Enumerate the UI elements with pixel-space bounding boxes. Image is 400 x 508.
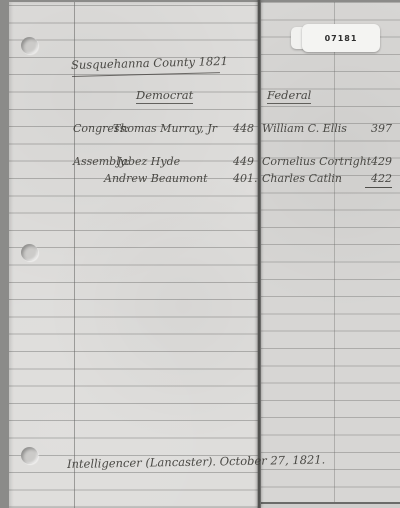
federal-candidate: Cornelius Cortright bbox=[262, 155, 371, 169]
column-heading-democrat: Democrat bbox=[136, 88, 193, 104]
right-margin-rule bbox=[334, 2, 335, 502]
democrat-votes: 401. bbox=[233, 172, 258, 186]
democrat-candidate: Thomas Murray, Jr bbox=[113, 122, 217, 136]
punch-hole-middle bbox=[21, 244, 38, 261]
page-fold-crease bbox=[257, 0, 261, 508]
result-row-congress: Congress: Thomas Murray, Jr 448 William … bbox=[73, 122, 395, 138]
democrat-candidate: Jabez Hyde bbox=[117, 155, 180, 169]
catalog-label: 07181 bbox=[291, 24, 380, 52]
result-row-assembly-1: Assembly: Jabez Hyde 449 Cornelius Cortr… bbox=[73, 155, 395, 171]
right-sheet-bottom-edge bbox=[261, 502, 400, 504]
ruled-paper-left-sheet bbox=[9, 2, 258, 508]
federal-votes: 429 bbox=[365, 155, 392, 169]
punch-hole-bottom bbox=[21, 447, 38, 464]
left-margin-rule bbox=[74, 2, 75, 508]
federal-votes: 397 bbox=[365, 122, 392, 136]
catalog-number: 07181 bbox=[325, 34, 358, 43]
federal-candidate: William C. Ellis bbox=[262, 122, 347, 136]
ruled-paper-right-sheet bbox=[261, 2, 400, 502]
democrat-candidate: Andrew Beaumont bbox=[104, 172, 208, 186]
scanned-ledger-page: 07181 Susquehanna County 1821 Democrat F… bbox=[0, 0, 400, 508]
democrat-votes: 449 bbox=[233, 155, 254, 169]
column-heading-federal: Federal bbox=[267, 88, 311, 104]
result-row-assembly-2: Andrew Beaumont 401. Charles Catlin 422 bbox=[73, 172, 395, 188]
right-sheet-lower-strip bbox=[261, 504, 400, 508]
federal-candidate: Charles Catlin bbox=[262, 172, 342, 186]
catalog-label-body: 07181 bbox=[302, 24, 380, 52]
federal-votes: 422 bbox=[365, 172, 392, 188]
punch-hole-top bbox=[21, 37, 38, 54]
democrat-votes: 448 bbox=[233, 122, 254, 136]
